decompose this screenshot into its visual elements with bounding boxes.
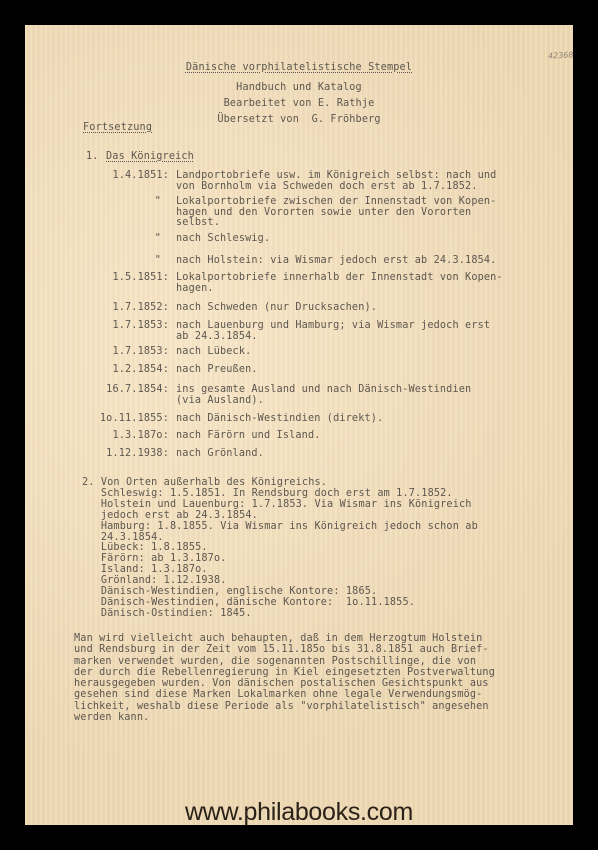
entry-text-line: nach Lübeck. bbox=[176, 347, 251, 358]
entry-text: Lokalportobriefe innerhalb der Innenstad… bbox=[176, 273, 503, 294]
entry-text-line: nach Färörn und Island. bbox=[176, 431, 321, 442]
entry-text-line: nach Schleswig. bbox=[176, 234, 270, 245]
entry-date: 1.7.1852: bbox=[112, 303, 169, 314]
entry-date: 1.3.187o: bbox=[112, 431, 169, 442]
entry-date: 1.7.1853: bbox=[112, 321, 169, 332]
entry-text: nach Holstein: via Wismar jedoch erst ab… bbox=[176, 256, 496, 267]
section2-text: 2. Von Orten außerhalb des Königreichs. … bbox=[82, 478, 478, 620]
watermark-url: www.philabooks.com bbox=[0, 798, 598, 827]
entry-text-line: nach Preußen. bbox=[176, 365, 258, 376]
entry-text: nach Lübeck. bbox=[176, 347, 251, 358]
document-page: 42368 Dänische vorphilatelistische Stemp… bbox=[25, 25, 573, 825]
entry-text-line: hagen und den Vororten sowie unter den V… bbox=[176, 208, 496, 219]
section2-line: jedoch erst ab 24.3.1854. bbox=[82, 511, 478, 522]
entry-text: Landportobriefe usw. im Königreich selbs… bbox=[176, 171, 496, 192]
entry-text-line: ab 24.3.1854. bbox=[176, 332, 490, 343]
closing-paragraph-text: Man wird vielleicht auch behaupten, daß … bbox=[74, 633, 495, 723]
entry-text: nach Dänisch-Westindien (direkt). bbox=[176, 414, 383, 425]
entry-text-line: nach Grönland. bbox=[176, 449, 264, 460]
entry-text: nach Schweden (nur Drucksachen). bbox=[176, 303, 377, 314]
entry-date: 1.4.1851: bbox=[112, 171, 169, 182]
entry-date: 16.7.1854: bbox=[106, 385, 169, 396]
entry-date: 1.7.1853: bbox=[112, 347, 169, 358]
entry-text-line: selbst. bbox=[176, 218, 496, 229]
entry-text: Lokalportobriefe zwischen der Innenstadt… bbox=[176, 197, 496, 229]
entry-text: ins gesamte Ausland und nach Dänisch-Wes… bbox=[176, 385, 471, 406]
entry-text-line: nach Dänisch-Westindien (direkt). bbox=[176, 414, 383, 425]
entry-text-line: Landportobriefe usw. im Königreich selbs… bbox=[176, 171, 496, 182]
entry-text-line: hagen. bbox=[176, 284, 503, 295]
entry-text-line: ins gesamte Ausland und nach Dänisch-Wes… bbox=[176, 385, 471, 396]
continuation-label: Fortsetzung bbox=[83, 123, 152, 134]
paragraph-line: lichkeit, weshalb diese Periode als "vor… bbox=[74, 701, 495, 712]
section1-heading: Das Königreich bbox=[106, 152, 194, 163]
entry-text: nach Preußen. bbox=[176, 365, 258, 376]
paragraph-line: marken verwendet wurden, die sogenannten… bbox=[74, 656, 495, 667]
section2-line: Dänisch-Ostindien: 1845. bbox=[82, 609, 478, 620]
section2-line: Hamburg: 1.8.1855. Via Wismar ins Königr… bbox=[82, 522, 478, 533]
subtitle-line: Bearbeitet von E. Rathje bbox=[25, 99, 573, 110]
entry-text-line: nach Lauenburg und Hamburg; via Wismar j… bbox=[176, 321, 490, 332]
paragraph-line: herausgegeben wurden. Von dänischen post… bbox=[74, 678, 495, 689]
handwritten-reference-number: 42368 bbox=[548, 50, 574, 60]
entry-date: 1o.11.1855: bbox=[100, 414, 169, 425]
paragraph-line: Man wird vielleicht auch behaupten, daß … bbox=[74, 633, 495, 644]
section1-number: 1. bbox=[86, 152, 99, 163]
entry-date: " bbox=[155, 256, 161, 267]
paragraph-line: werden kann. bbox=[74, 712, 495, 723]
document-title: Dänische vorphilatelistische Stempel bbox=[25, 63, 573, 74]
entry-text: nach Lauenburg und Hamburg; via Wismar j… bbox=[176, 321, 490, 342]
paragraph-line: gesehen sind diese Marken Lokalmarken oh… bbox=[74, 689, 495, 700]
paragraph-line: und Rendsburg in der Zeit vom 15.11.185o… bbox=[74, 644, 495, 655]
entry-text-line: Lokalportobriefe innerhalb der Innenstad… bbox=[176, 273, 503, 284]
entry-text-line: nach Holstein: via Wismar jedoch erst ab… bbox=[176, 256, 496, 267]
subtitle-line: Handbuch und Katalog bbox=[25, 83, 573, 94]
entry-date: 1.12.1938: bbox=[106, 449, 169, 460]
entry-text: nach Färörn und Island. bbox=[176, 431, 321, 442]
entry-text-line: (via Ausland). bbox=[176, 396, 471, 407]
entry-text-line: Lokalportobriefe zwischen der Innenstadt… bbox=[176, 197, 496, 208]
entry-text-line: nach Schweden (nur Drucksachen). bbox=[176, 303, 377, 314]
entry-date: " bbox=[155, 197, 161, 208]
entry-text: nach Grönland. bbox=[176, 449, 264, 460]
entry-date: 1.5.1851: bbox=[112, 273, 169, 284]
entry-date: " bbox=[155, 234, 161, 245]
entry-date: 1.2.1854: bbox=[112, 365, 169, 376]
entry-text: nach Schleswig. bbox=[176, 234, 270, 245]
paragraph-line: der durch die Rebellenregierung in Kiel … bbox=[74, 667, 495, 678]
entry-text-line: von Bornholm via Schweden doch erst ab 1… bbox=[176, 182, 496, 193]
